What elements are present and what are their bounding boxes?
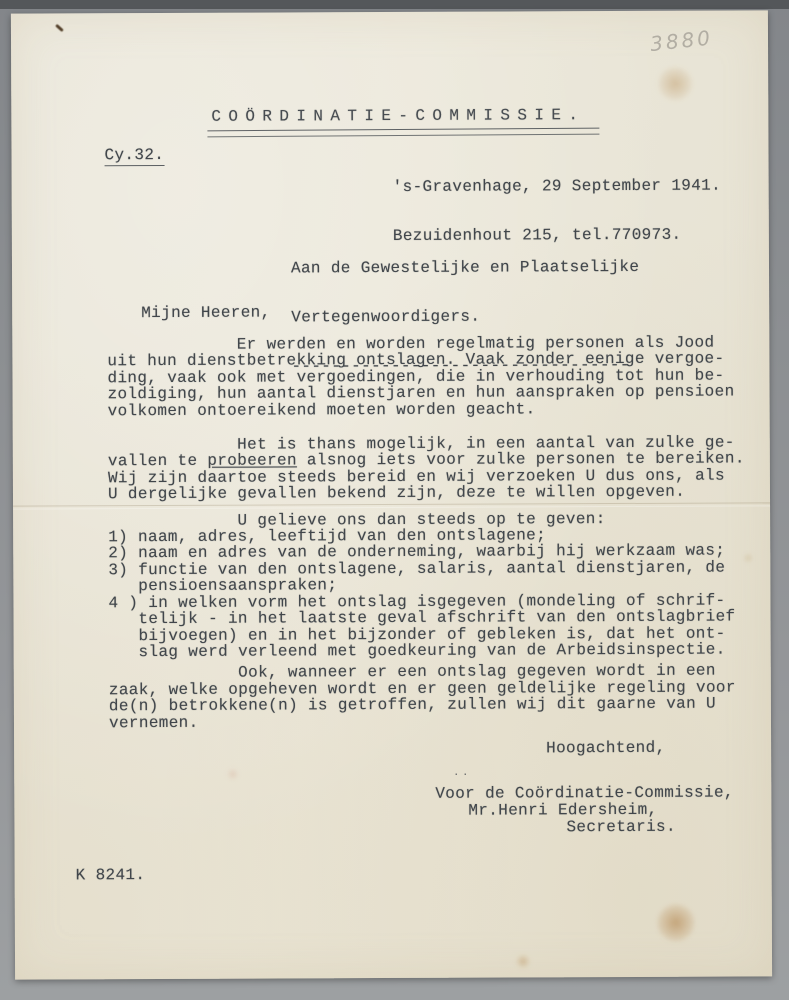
foxing-stain [226, 769, 239, 780]
title-double-underline [207, 128, 599, 138]
signature-name-line: Mr.Henri Edersheim, [468, 802, 657, 819]
typed-line: de(n) betrokkene(n) is getroffen, zullen… [109, 696, 746, 715]
closing-phrase: Hoogachtend, [546, 740, 665, 757]
signature-role-line: Secretaris. [566, 819, 676, 836]
typed-line: slag werd verleend met goedkeuring van d… [109, 641, 746, 660]
reference-number: Cy.32. [104, 147, 164, 164]
pencil-annotation: 3880 [649, 25, 714, 56]
footer-reference: K 8241. [76, 867, 146, 884]
foxing-stain [515, 954, 531, 968]
typed-line: 3) functie van den ontslagene, salaris, … [108, 559, 745, 578]
signature-org-line: Voor de Coördinatie-Commissie, [435, 785, 734, 803]
ink-speck: ·· [453, 770, 471, 781]
paragraph: Er werden en worden regelmatig personen … [107, 334, 744, 419]
paragraph: U gelieve ons dan steeds op te geven:1) … [108, 510, 746, 660]
paragraph: Ook, wanneer er een ontslag gegeven word… [109, 663, 746, 731]
addressee-line: Vertegenwoordigers. [291, 308, 639, 326]
foxing-stain [657, 67, 693, 101]
letter-page: 3880 COÖRDINATIE-COMMISSIE. Cy.32. 's-Gr… [11, 10, 772, 979]
salutation: Mijne Heeren, [141, 305, 270, 322]
foxing-stain [657, 904, 695, 942]
paragraph: Het is thans mogelijk, in een aantal van… [108, 434, 745, 502]
addressee-line: Aan de Gewestelijke en Plaatselijke [291, 259, 639, 277]
place-date-line: 's-Gravenhage, 29 September 1941. [393, 177, 721, 195]
letterhead-title: COÖRDINATIE-COMMISSIE. [211, 107, 585, 125]
ink-fleck [55, 24, 64, 32]
scan-background: { "annotations": { "pencil_number": "388… [0, 0, 789, 1000]
typed-line: U dergelijke gevallen bekend zijn, deze … [108, 484, 745, 503]
body-paragraphs: Er werden en worden regelmatig personen … [107, 334, 746, 731]
typed-line: volkomen ontoereikend moeten worden geac… [108, 400, 745, 419]
scanner-bed-edge [0, 0, 789, 9]
